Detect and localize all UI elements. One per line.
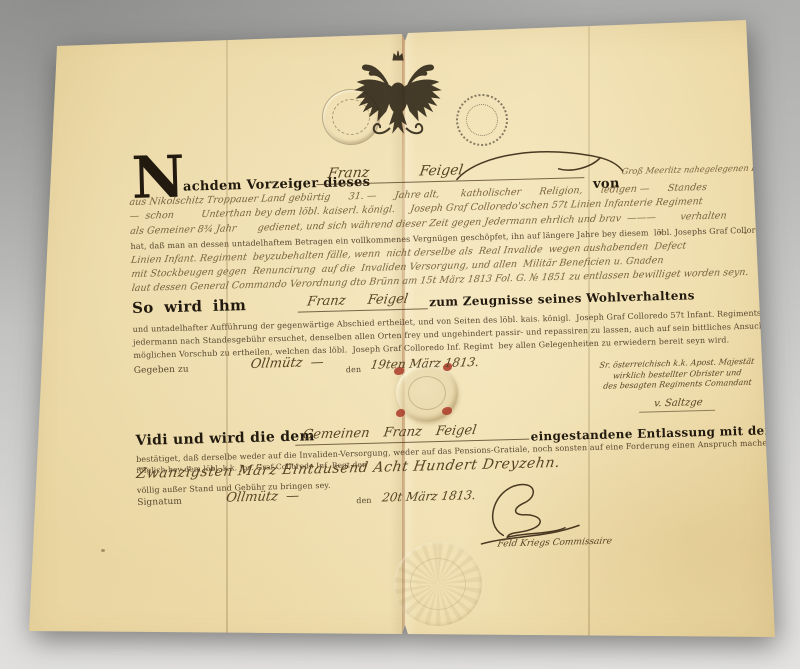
fold-line-right: [588, 18, 590, 641]
officer-block: Sr. österreichisch k.k. Apost. Majestät …: [557, 356, 798, 414]
ink-layer: N achdem Vorzeiger dieses Franz Feigel v…: [0, 0, 800, 669]
embossed-round-stamp-icon: [322, 89, 380, 145]
body3-signatum: Signatum: [137, 497, 182, 508]
body2-line-2: jedermann nach Standesgebühr ersuchet, d…: [133, 320, 800, 347]
wax-speck: [443, 363, 452, 371]
heading-origin: Groß Meerlitz nahegelegenen Herrn Hartl,: [621, 161, 800, 176]
body2-closing: zum Zeugnisse seines Wohlverhaltens: [429, 288, 695, 309]
body3-date: 20t März 1813.: [381, 488, 477, 505]
paper-shadow: N achdem Vorzeiger dieses Franz Feigel v…: [0, 0, 800, 669]
body2-date: 19ten März 1813.: [370, 355, 480, 372]
body3-line-3: völlig außer Stand und Gebühr zu bringen…: [137, 481, 331, 495]
body3-name: Gemeinen Franz Feigel: [295, 422, 532, 446]
wax-speck: [442, 407, 452, 415]
body1-line-7: laut dessen General Commando Verordnung …: [131, 267, 749, 294]
body2-name: Franz Feigel: [298, 291, 431, 312]
photo-background: N achdem Vorzeiger dieses Franz Feigel v…: [0, 0, 800, 669]
body1-line-6: mit Stockbeugen gegen Renuncirung auf di…: [131, 255, 665, 280]
body3-line-2-handwriting: Zwanzigsten März Eintausend Acht Hundert…: [135, 455, 561, 482]
body3-place: Ollmütz —: [225, 489, 300, 506]
signature-flourish-icon: [472, 475, 586, 548]
body2-line-1: und untadelhafter Aufführung der gegenwä…: [133, 309, 762, 334]
body2-line-3: möglichen Vorschub zu ertheilen, welchen…: [133, 335, 729, 360]
body3-line-1: bestätiget, daß derselbe weder auf die I…: [136, 438, 798, 464]
embossed-sunburst-seal-icon: [394, 542, 482, 626]
body3-commissaire: Feld Kriegs Commissaire: [497, 537, 613, 550]
wax-speck: [396, 409, 405, 417]
wax-speck: [394, 367, 404, 375]
document-paper: N achdem Vorzeiger dieses Franz Feigel v…: [0, 0, 800, 669]
foxing-speck: [744, 232, 747, 234]
officer-line-3: des besagten Regiments Comandant: [557, 377, 798, 394]
body2-den: den: [346, 365, 362, 374]
heading-printed: achdem Vorzeiger dieses: [183, 175, 371, 195]
body1-line-4: hat, daß man an dessen untadelhaftem Bet…: [130, 225, 786, 251]
body1-line-1: aus Nikolschitz Troppauer Land gebürtig …: [129, 182, 708, 208]
body3-opening: Vidi und wird die dem: [135, 428, 314, 449]
body1-line-3: als Gemeiner 8¾ Jahr gedienet, und sich …: [129, 210, 727, 237]
officer-line-1: Sr. österreichisch k.k. Apost. Majestät: [556, 356, 797, 373]
body1-line-2: — schon Unterthan bey dem löbl. kaiserl.…: [129, 196, 703, 222]
fold-line-center: [402, 18, 405, 641]
foxing-speck: [659, 231, 662, 234]
red-wafer-seal-icon: [396, 364, 458, 422]
body3-den: den: [356, 496, 372, 505]
pen-flourish-icon: [450, 141, 631, 186]
body2-gegeben: Gegeben zu: [134, 365, 189, 376]
officer-signature: v. Saltzge: [639, 397, 717, 412]
body1-line-5: Linien Infant. Regiment beyzubehalten fä…: [130, 240, 687, 266]
foxing-speck: [101, 549, 105, 552]
double-headed-eagle-icon: [348, 48, 448, 148]
heading-initial: N: [131, 149, 186, 206]
body2-place: Ollmütz —: [250, 355, 325, 372]
inked-round-stamp-icon: [451, 89, 513, 151]
body3-line-2-print: folglich bey dem löbl. k.k. Jos. Graf Co…: [136, 460, 367, 475]
body2-opening: So wird ihm: [132, 296, 246, 317]
heading-von: von: [593, 176, 620, 192]
heading-name: Franz Feigel: [316, 159, 587, 185]
officer-line-2: wirklich bestellter Obrister und: [557, 366, 798, 383]
fold-line-left: [226, 18, 228, 641]
body3-closing: eingestandene Entlassung mit dem Beysatz…: [530, 421, 800, 443]
